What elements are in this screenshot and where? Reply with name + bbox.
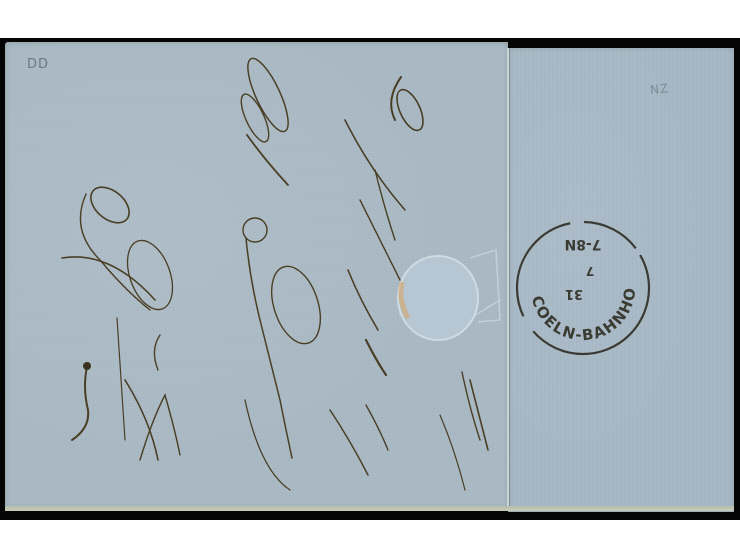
postmark-town: COELN-BAHNHOF xyxy=(0,0,639,344)
postmark-day: 31 xyxy=(565,286,583,301)
letter-markings: COELN-BAHNHOF 7-8N 31 7 xyxy=(0,0,740,557)
wax-seal-icon xyxy=(398,250,500,340)
postmark-time: 7-8N xyxy=(564,236,601,252)
postmark-month: 7 xyxy=(586,264,594,278)
postmark-stamp: COELN-BAHNHOF 7-8N 31 7 xyxy=(0,0,649,354)
